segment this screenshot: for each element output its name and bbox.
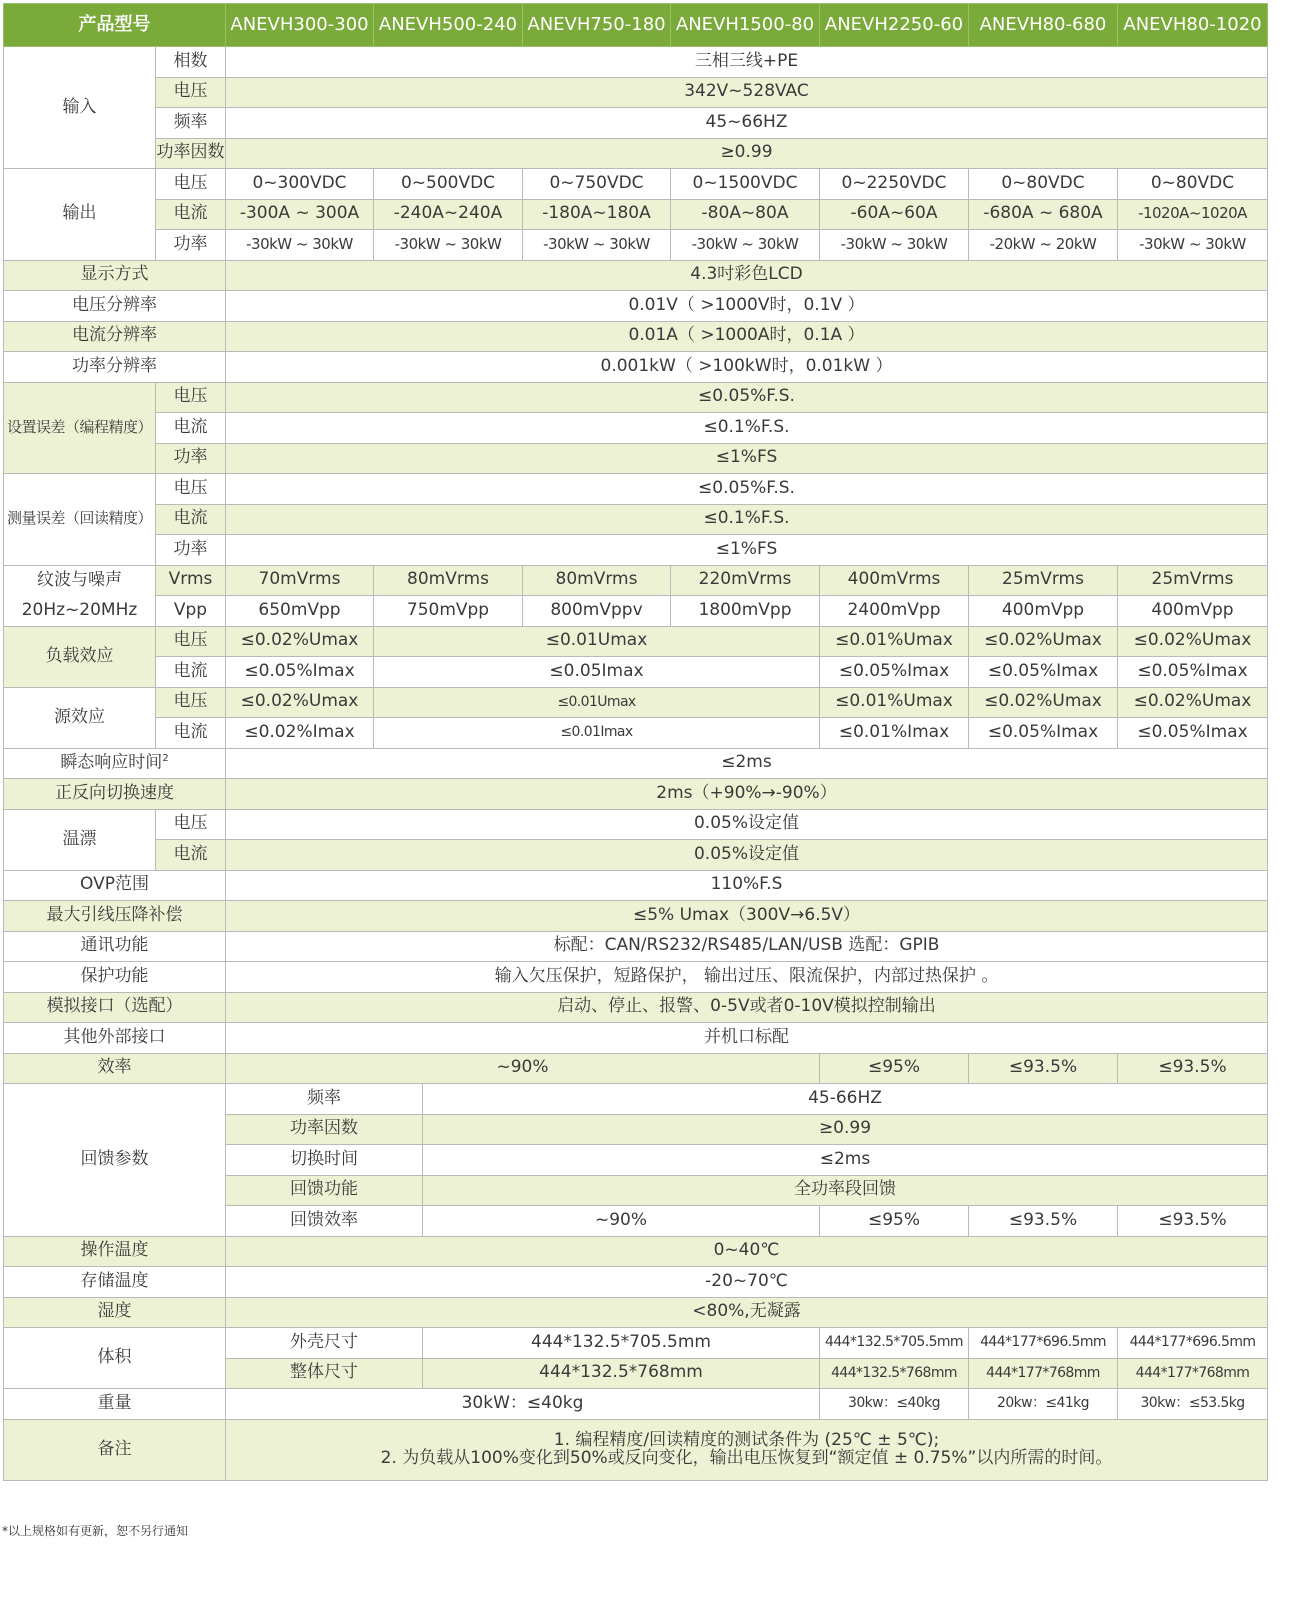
cell-value: 220mVrms: [671, 565, 820, 596]
setting-error-current-row: 电流 ≤0.1%F.S.: [4, 413, 1268, 444]
cell-value: 45~66HZ: [226, 108, 1268, 139]
remarks-row: 备注 1. 编程精度/回读精度的测试条件为 (25℃ ± 5℃); 2. 为负载…: [4, 1419, 1268, 1480]
cell-value: -30kW ~ 30kW: [523, 230, 671, 261]
row-label: 湿度: [4, 1297, 226, 1328]
temp-drift-voltage-row: 温漂 电压 0.05%设定值: [4, 809, 1268, 840]
row-label: 重量: [4, 1389, 226, 1420]
temp-drift-current-row: 电流 0.05%设定值: [4, 840, 1268, 871]
cell-value: ~90%: [423, 1206, 820, 1237]
cell-value: 444*132.5*705.5mm: [423, 1328, 820, 1359]
cell-value: ≤0.05%Imax: [820, 657, 969, 688]
cell-value: 并机口标配: [226, 1023, 1268, 1054]
cell-value: -300A ~ 300A: [226, 199, 374, 230]
cell-value: 110%F.S: [226, 870, 1268, 901]
cell-value: -30kW ~ 30kW: [1118, 230, 1268, 261]
cell-value: 70mVrms: [226, 565, 374, 596]
current-resolution-row: 电流分辨率 0.01A（ >1000A时，0.1A ）: [4, 321, 1268, 352]
row-sublabel: 频率: [156, 108, 226, 139]
source-effect-voltage-row: 源效应 电压 ≤0.02%Umax ≤0.01Umax ≤0.01%Umax ≤…: [4, 687, 1268, 718]
cell-value: ≤0.01Imax: [374, 718, 820, 749]
row-sublabel: Vrms: [156, 565, 226, 596]
setting-error-voltage-row: 设置误差（编程精度） 电压 ≤0.05%F.S.: [4, 382, 1268, 413]
cell-value: ~90%: [226, 1053, 820, 1084]
cell-value: ≥0.99: [226, 138, 1268, 169]
voltage-resolution-row: 电压分辨率 0.01V（ >1000V时，0.1V ）: [4, 291, 1268, 322]
row-sublabel: 电压: [156, 382, 226, 413]
row-sublabel: 功率: [156, 443, 226, 474]
cell-value: 45-66HZ: [423, 1084, 1268, 1115]
cell-value: ≤0.05Imax: [374, 657, 820, 688]
cell-value: 400mVrms: [820, 565, 969, 596]
row-sublabel: 电流: [156, 413, 226, 444]
cell-value: 0.001kW（ >100kW时，0.01kW ）: [226, 352, 1268, 383]
cell-value: 0~40℃: [226, 1236, 1268, 1267]
row-sublabel: 整体尺寸: [226, 1358, 423, 1389]
row-label: 正反向切换速度: [4, 779, 226, 810]
cell-value: ≤93.5%: [1118, 1053, 1268, 1084]
measure-error-voltage-row: 测量误差（回读精度） 电压 ≤0.05%F.S.: [4, 474, 1268, 505]
cell-value: ≤93.5%: [1118, 1206, 1268, 1237]
cell-value: 400mVpp: [1118, 596, 1268, 627]
communication-row: 通讯功能 标配：CAN/RS232/RS485/LAN/USB 选配：GPIB: [4, 931, 1268, 962]
cell-value: ≤0.02%Umax: [1118, 687, 1268, 718]
row-sublabel: 电压: [156, 687, 226, 718]
setting-error-group-label: 设置误差（编程精度）: [4, 382, 156, 474]
cell-value: 0.05%设定值: [226, 809, 1268, 840]
row-sublabel: 回馈效率: [226, 1206, 423, 1237]
remarks-cell: 1. 编程精度/回读精度的测试条件为 (25℃ ± 5℃); 2. 为负载从10…: [226, 1419, 1268, 1480]
cell-value: ≤95%: [820, 1053, 969, 1084]
display-row: 显示方式 4.3吋彩色LCD: [4, 260, 1268, 291]
cell-value: 0.05%设定值: [226, 840, 1268, 871]
cell-value: 80mVrms: [523, 565, 671, 596]
cell-value: ≤93.5%: [969, 1053, 1118, 1084]
cell-value: ≤0.05%F.S.: [226, 382, 1268, 413]
row-sublabel: 功率因数: [156, 138, 226, 169]
temp-drift-group-label: 温漂: [4, 809, 156, 870]
remark-line-2: 2. 为负载从100%变化到50%或反向变化，输出电压恢复到“额定值 ± 0.7…: [226, 1450, 1267, 1468]
output-power-row: 功率 -30kW ~ 30kW -30kW ~ 30kW -30kW ~ 30k…: [4, 230, 1268, 261]
source-effect-group-label: 源效应: [4, 687, 156, 748]
row-sublabel: 电流: [156, 718, 226, 749]
cell-value: ≤0.1%F.S.: [226, 413, 1268, 444]
cell-value: 750mVpp: [374, 596, 523, 627]
row-label: 瞬态响应时间2: [4, 748, 226, 779]
cell-value: 0~500VDC: [374, 169, 523, 200]
product-spec-table: 产品型号 ANEVH300-300 ANEVH500-240 ANEVH750-…: [3, 3, 1268, 1481]
cell-value: ≤0.02%Umax: [226, 687, 374, 718]
row-label: 电流分辨率: [4, 321, 226, 352]
cell-value: -20kW ~ 20kW: [969, 230, 1118, 261]
source-effect-current-row: 电流 ≤0.02%Imax ≤0.01Imax ≤0.01%Imax ≤0.05…: [4, 718, 1268, 749]
measure-error-current-row: 电流 ≤0.1%F.S.: [4, 504, 1268, 535]
cell-value: 342V~528VAC: [226, 77, 1268, 108]
cell-value: 80mVrms: [374, 565, 523, 596]
cell-value: -240A~240A: [374, 199, 523, 230]
row-label: 保护功能: [4, 962, 226, 993]
measure-error-group-label: 测量误差（回读精度）: [4, 474, 156, 566]
model-header: ANEVH80-1020: [1118, 4, 1268, 47]
cell-value: 444*177*696.5mm: [969, 1328, 1118, 1359]
other-interface-row: 其他外部接口 并机口标配: [4, 1023, 1268, 1054]
cell-value: ≤1%FS: [226, 443, 1268, 474]
cell-value: 30kw：≤53.5kg: [1118, 1389, 1268, 1420]
output-group-label: 输出: [4, 169, 156, 261]
feedback-frequency-row: 回馈参数 频率 45-66HZ: [4, 1084, 1268, 1115]
cell-value: -20~70℃: [226, 1267, 1268, 1298]
ripple-bandwidth-label: 20Hz~20MHz: [4, 596, 156, 627]
row-sublabel: 功率因数: [226, 1114, 423, 1145]
cell-value: 444*132.5*768mm: [423, 1358, 820, 1389]
volume-group-label: 体积: [4, 1328, 226, 1389]
row-sublabel: 电流: [156, 840, 226, 871]
output-voltage-row: 输出 电压 0~300VDC 0~500VDC 0~750VDC 0~1500V…: [4, 169, 1268, 200]
weight-row: 重量 30kW：≤40kg 30kw：≤40kg 20kw：≤41kg 30kw…: [4, 1389, 1268, 1420]
row-label: 显示方式: [4, 260, 226, 291]
input-phase-row: 输入 相数 三相三线+PE: [4, 47, 1268, 78]
cell-value: 25mVrms: [1118, 565, 1268, 596]
ripple-vrms-row: 纹波与噪声 Vrms 70mVrms 80mVrms 80mVrms 220mV…: [4, 565, 1268, 596]
storage-temp-row: 存储温度 -20~70℃: [4, 1267, 1268, 1298]
cell-value: 2ms（+90%→-90%）: [226, 779, 1268, 810]
cell-value: ≤93.5%: [969, 1206, 1118, 1237]
cell-value: ≤0.01Umax: [374, 687, 820, 718]
model-header: ANEVH2250-60: [820, 4, 969, 47]
cell-value: 0~80VDC: [969, 169, 1118, 200]
cell-value: -30kW ~ 30kW: [226, 230, 374, 261]
cell-value: 1800mVpp: [671, 596, 820, 627]
row-sublabel: Vpp: [156, 596, 226, 627]
cell-value: 0~1500VDC: [671, 169, 820, 200]
cell-value: ≤0.02%Umax: [969, 626, 1118, 657]
row-sublabel: 功率: [156, 230, 226, 261]
cell-value: 输入欠压保护，短路保护， 输出过压、限流保护，内部过热保护 。: [226, 962, 1268, 993]
row-label-text: 瞬态响应时间: [60, 753, 162, 773]
cell-value: 30kw：≤40kg: [820, 1389, 969, 1420]
row-label: 功率分辨率: [4, 352, 226, 383]
product-model-header: 产品型号: [4, 4, 226, 47]
input-frequency-row: 频率 45~66HZ: [4, 108, 1268, 139]
cell-value: 0.01V（ >1000V时，0.1V ）: [226, 291, 1268, 322]
cell-value: ≤0.02%Umax: [226, 626, 374, 657]
row-sublabel: 相数: [156, 47, 226, 78]
cell-value: ≤0.1%F.S.: [226, 504, 1268, 535]
row-sublabel: 电流: [156, 199, 226, 230]
transient-response-row: 瞬态响应时间2 ≤2ms: [4, 748, 1268, 779]
cell-value: 444*177*768mm: [969, 1358, 1118, 1389]
switch-speed-row: 正反向切换速度 2ms（+90%→-90%）: [4, 779, 1268, 810]
remark-line-1: 1. 编程精度/回读精度的测试条件为 (25℃ ± 5℃);: [226, 1432, 1267, 1450]
row-label: 备注: [4, 1419, 226, 1480]
input-group-label: 输入: [4, 47, 156, 169]
protection-row: 保护功能 输入欠压保护，短路保护， 输出过压、限流保护，内部过热保护 。: [4, 962, 1268, 993]
row-sublabel: 电流: [156, 657, 226, 688]
cell-value: ≤1%FS: [226, 535, 1268, 566]
model-header: ANEVH500-240: [374, 4, 523, 47]
cell-value: -80A~80A: [671, 199, 820, 230]
cell-value: ≤95%: [820, 1206, 969, 1237]
cell-value: ≤0.01%Umax: [820, 626, 969, 657]
analog-interface-row: 模拟接口（选配） 启动、停止、报警、0-5V或者0-10V模拟控制输出: [4, 992, 1268, 1023]
cell-value: ≤0.01Umax: [374, 626, 820, 657]
row-label: 效率: [4, 1053, 226, 1084]
cell-value: -30kW ~ 30kW: [374, 230, 523, 261]
cell-value: ≤0.01%Umax: [820, 687, 969, 718]
row-sublabel: 功率: [156, 535, 226, 566]
cell-value: 0~80VDC: [1118, 169, 1268, 200]
cell-value: -30kW ~ 30kW: [820, 230, 969, 261]
row-sublabel: 电流: [156, 504, 226, 535]
ripple-group-label: 纹波与噪声: [4, 565, 156, 596]
cell-value: ≤0.05%Imax: [969, 718, 1118, 749]
input-voltage-row: 电压 342V~528VAC: [4, 77, 1268, 108]
volume-shell-row: 体积 外壳尺寸 444*132.5*705.5mm 444*132.5*705.…: [4, 1328, 1268, 1359]
cell-value: 650mVpp: [226, 596, 374, 627]
line-drop-row: 最大引线压降补偿 ≤5% Umax（300V→6.5V）: [4, 901, 1268, 932]
row-sublabel: 电压: [156, 169, 226, 200]
cell-value: 0.01A（ >1000A时，0.1A ）: [226, 321, 1268, 352]
row-label: 电压分辨率: [4, 291, 226, 322]
cell-value: 0~2250VDC: [820, 169, 969, 200]
cell-value: ≤0.05%Imax: [969, 657, 1118, 688]
row-label: 存储温度: [4, 1267, 226, 1298]
load-effect-group-label: 负载效应: [4, 626, 156, 687]
cell-value: ≤0.02%Umax: [969, 687, 1118, 718]
cell-value: 三相三线+PE: [226, 47, 1268, 78]
cell-value: 启动、停止、报警、0-5V或者0-10V模拟控制输出: [226, 992, 1268, 1023]
cell-value: 800mVppv: [523, 596, 671, 627]
row-sublabel: 回馈功能: [226, 1175, 423, 1206]
cell-value: 444*132.5*705.5mm: [820, 1328, 969, 1359]
cell-value: 400mVpp: [969, 596, 1118, 627]
power-resolution-row: 功率分辨率 0.001kW（ >100kW时，0.01kW ）: [4, 352, 1268, 383]
cell-value: 20kw：≤41kg: [969, 1389, 1118, 1420]
input-pf-row: 功率因数 ≥0.99: [4, 138, 1268, 169]
footnote: *以上规格如有更新，恕不另行通知: [2, 1522, 188, 1539]
cell-value: ≤5% Umax（300V→6.5V）: [226, 901, 1268, 932]
row-sublabel: 外壳尺寸: [226, 1328, 423, 1359]
cell-value: -30kW ~ 30kW: [671, 230, 820, 261]
cell-value: ≤0.02%Imax: [226, 718, 374, 749]
ripple-vpp-row: 20Hz~20MHz Vpp 650mVpp 750mVpp 800mVppv …: [4, 596, 1268, 627]
header-row: 产品型号 ANEVH300-300 ANEVH500-240 ANEVH750-…: [4, 4, 1268, 47]
cell-value: 2400mVpp: [820, 596, 969, 627]
cell-value: 444*132.5*768mm: [820, 1358, 969, 1389]
output-current-row: 电流 -300A ~ 300A -240A~240A -180A~180A -8…: [4, 199, 1268, 230]
setting-error-power-row: 功率 ≤1%FS: [4, 443, 1268, 474]
cell-value: ≤0.05%Imax: [1118, 718, 1268, 749]
measure-error-power-row: 功率 ≤1%FS: [4, 535, 1268, 566]
row-sublabel: 电压: [156, 77, 226, 108]
cell-value: 4.3吋彩色LCD: [226, 260, 1268, 291]
row-label: 通讯功能: [4, 931, 226, 962]
row-label: OVP范围: [4, 870, 226, 901]
row-sublabel: 电压: [156, 626, 226, 657]
model-header: ANEVH80-680: [969, 4, 1118, 47]
cell-value: ≤0.01%Imax: [820, 718, 969, 749]
row-label: 模拟接口（选配）: [4, 992, 226, 1023]
row-sublabel: 电压: [156, 474, 226, 505]
cell-value: 全功率段回馈: [423, 1175, 1268, 1206]
spec-sheet: 产品型号 ANEVH300-300 ANEVH500-240 ANEVH750-…: [3, 3, 1268, 1481]
cell-value: ≤0.05%Imax: [1118, 657, 1268, 688]
row-sublabel: 电压: [156, 809, 226, 840]
cell-value: -680A ~ 680A: [969, 199, 1118, 230]
efficiency-row: 效率 ~90% ≤95% ≤93.5% ≤93.5%: [4, 1053, 1268, 1084]
cell-value: ≥0.99: [423, 1114, 1268, 1145]
row-label: 其他外部接口: [4, 1023, 226, 1054]
cell-value: 0~300VDC: [226, 169, 374, 200]
cell-value: -1020A~1020A: [1118, 199, 1268, 230]
cell-value: 25mVrms: [969, 565, 1118, 596]
footnote-marker: 2: [162, 753, 168, 764]
row-label: 最大引线压降补偿: [4, 901, 226, 932]
cell-value: ≤0.05%Imax: [226, 657, 374, 688]
row-sublabel: 频率: [226, 1084, 423, 1115]
feedback-group-label: 回馈参数: [4, 1084, 226, 1237]
operating-temp-row: 操作温度 0~40℃: [4, 1236, 1268, 1267]
cell-value: ≤2ms: [226, 748, 1268, 779]
cell-value: 0~750VDC: [523, 169, 671, 200]
row-label: 操作温度: [4, 1236, 226, 1267]
cell-value: ≤0.02%Umax: [1118, 626, 1268, 657]
cell-value: -60A~60A: [820, 199, 969, 230]
load-effect-voltage-row: 负载效应 电压 ≤0.02%Umax ≤0.01Umax ≤0.01%Umax …: [4, 626, 1268, 657]
cell-value: ≤2ms: [423, 1145, 1268, 1176]
cell-value: -180A~180A: [523, 199, 671, 230]
cell-value: 444*177*768mm: [1118, 1358, 1268, 1389]
cell-value: <80%,无凝露: [226, 1297, 1268, 1328]
humidity-row: 湿度 <80%,无凝露: [4, 1297, 1268, 1328]
model-header: ANEVH750-180: [523, 4, 671, 47]
row-sublabel: 切换时间: [226, 1145, 423, 1176]
load-effect-current-row: 电流 ≤0.05%Imax ≤0.05Imax ≤0.05%Imax ≤0.05…: [4, 657, 1268, 688]
cell-value: 444*177*696.5mm: [1118, 1328, 1268, 1359]
cell-value: 标配：CAN/RS232/RS485/LAN/USB 选配：GPIB: [226, 931, 1268, 962]
cell-value: 30kW：≤40kg: [226, 1389, 820, 1420]
model-header: ANEVH1500-80: [671, 4, 820, 47]
ovp-range-row: OVP范围 110%F.S: [4, 870, 1268, 901]
cell-value: ≤0.05%F.S.: [226, 474, 1268, 505]
model-header: ANEVH300-300: [226, 4, 374, 47]
